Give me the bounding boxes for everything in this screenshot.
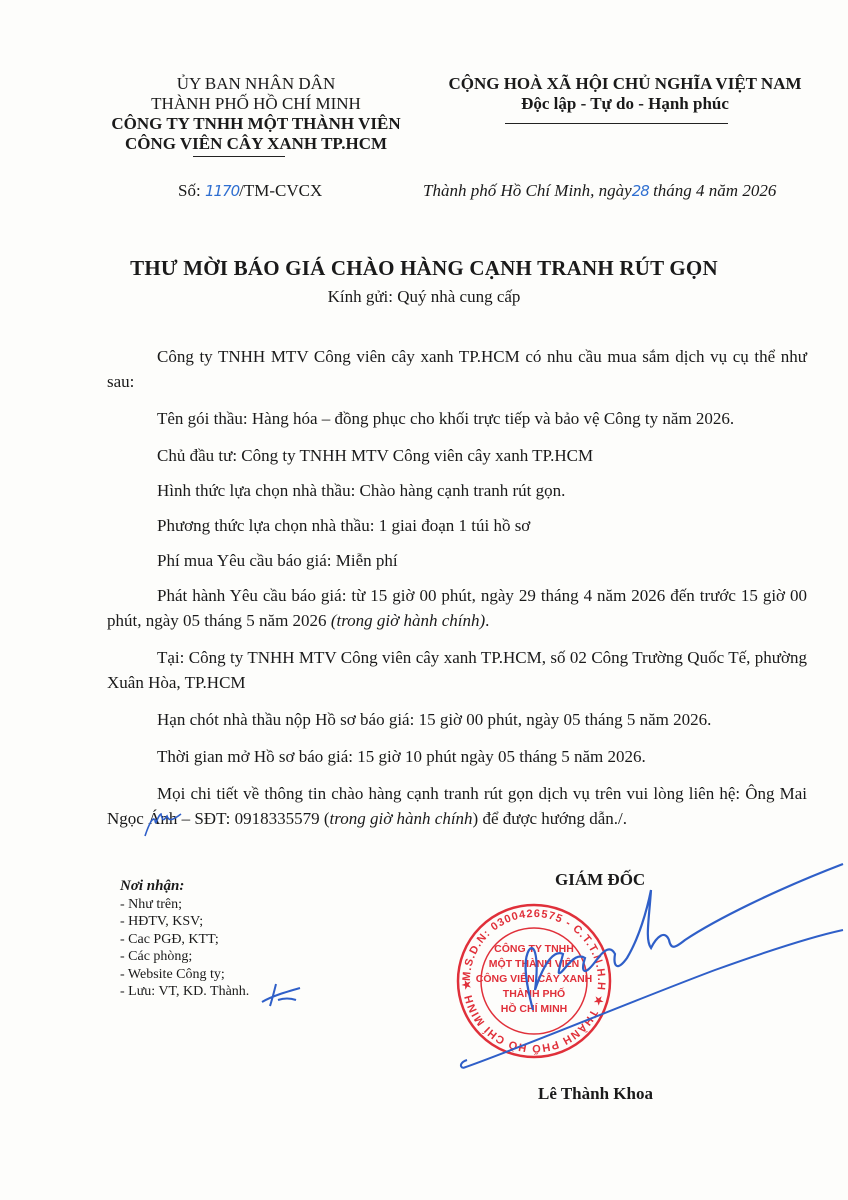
company-line-2: CÔNG VIÊN CÂY XANH TP.HCM [100,134,412,154]
handwritten-day: 28 [632,182,649,200]
company-line-1: CÔNG TY TNHH MỘT THÀNH VIÊN [100,114,412,134]
recipient-item: - Website Công ty; [120,966,249,984]
body-paragraph: Mọi chi tiết về thông tin chào hàng cạnh… [107,781,807,831]
recipient-item: - Các phòng; [120,948,249,966]
document-date: Thành phố Hồ Chí Minh, ngày28 tháng 4 nă… [423,181,776,201]
recipient-item: - Như trên; [120,896,249,914]
body-paragraph: Công ty TNHH MTV Công viên cây xanh TP.H… [107,344,807,394]
national-title: CỘNG HOÀ XÃ HỘI CHỦ NGHĨA VIỆT NAM [415,74,835,94]
agency-line-2: THÀNH PHỐ HỒ CHÍ MINH [100,94,412,114]
director-signature [455,850,845,1080]
body-paragraph: Phát hành Yêu cầu báo giá: từ 15 giờ 00 … [107,583,807,633]
body-paragraph: Thời gian mở Hồ sơ báo giá: 15 giờ 10 ph… [107,744,807,769]
header-left-underline [193,156,285,157]
recipient-item: - Cac PGĐ, KTT; [120,931,249,949]
national-motto-block: CỘNG HOÀ XÃ HỘI CHỦ NGHĨA VIỆT NAM Độc l… [415,74,835,114]
body-paragraph: Phí mua Yêu cầu báo giá: Miễn phí [107,548,807,573]
body-paragraph: Chủ đầu tư: Công ty TNHH MTV Công viên c… [107,443,807,468]
initial-mark-icon [143,810,183,840]
national-motto: Độc lập - Tự do - Hạnh phúc [415,94,835,114]
greeting: Kính gửi: Quý nhà cung cấp [0,287,848,307]
body-paragraph: Phương thức lựa chọn nhà thầu: 1 giai đo… [107,513,807,538]
recipient-item: - HĐTV, KSV; [120,913,249,931]
body-paragraph: Hình thức lựa chọn nhà thầu: Chào hàng c… [107,478,807,503]
recipients-heading: Nơi nhận: [120,878,249,896]
issuing-agency-block: ỦY BAN NHÂN DÂN THÀNH PHỐ HỒ CHÍ MINH CÔ… [100,74,412,154]
body-paragraph: Tại: Công ty TNHH MTV Công viên cây xanh… [107,645,807,695]
recipients-block: Nơi nhận: - Như trên;- HĐTV, KSV;- Cac P… [120,878,249,1001]
recipient-item: - Lưu: VT, KD. Thành. [120,983,249,1001]
document-number: Số: 1170/TM-CVCX [178,181,322,201]
handwritten-number: 1170 [205,182,239,200]
body-paragraph: Hạn chót nhà thầu nộp Hồ sơ báo giá: 15 … [107,707,807,732]
agency-line-1: ỦY BAN NHÂN DÂN [100,74,412,94]
initial-mark-icon [258,982,304,1008]
header-right-underline [505,123,728,124]
signatory-name: Lê Thành Khoa [538,1084,653,1104]
document-title: THƯ MỜI BÁO GIÁ CHÀO HÀNG CẠNH TRANH RÚT… [0,256,848,281]
body-paragraph: Tên gói thầu: Hàng hóa – đồng phục cho k… [107,406,807,431]
letter-body: Công ty TNHH MTV Công viên cây xanh TP.H… [107,344,807,843]
